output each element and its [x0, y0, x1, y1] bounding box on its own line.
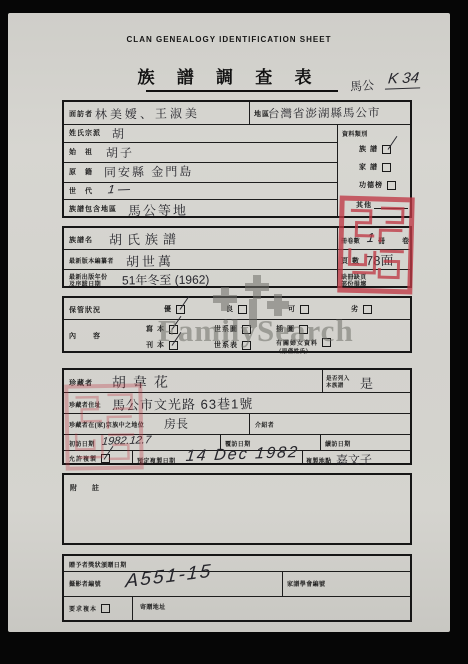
coverage-value: 馬公等地 — [128, 200, 188, 220]
content-option-lineage-chart: 世系圖 — [214, 324, 251, 334]
pages-value: 78面 — [366, 250, 394, 269]
divider — [320, 434, 321, 450]
condition-label: 保管狀況 — [69, 305, 101, 315]
keeper-value: 胡韋花 — [112, 372, 175, 393]
table-keeper: 珍藏者 胡韋花 是否列入 本族譜 是 珍藏者住址 馬公市文光路 63巷1號 珍藏… — [62, 368, 412, 465]
keeper-label: 珍藏者 — [69, 378, 93, 388]
annotation-number: K 34 — [385, 69, 422, 89]
divider — [64, 199, 337, 200]
page-title: 族 譜 調 查 表 — [8, 63, 450, 88]
scanned-form-photo: CLAN GENEALOGY IDENTIFICATION SHEET 族 譜 … — [0, 0, 468, 664]
generations-value: 1 — — [107, 182, 131, 197]
category-title: 資料類別 — [342, 129, 368, 138]
content-option-women-data: 有關婦女資料 — [276, 338, 331, 347]
table-notes: 附 註 — [62, 473, 412, 545]
damage-label-line2: 部份損壞 — [341, 279, 367, 288]
checkbox — [322, 338, 331, 347]
divider — [322, 370, 323, 392]
award-date-label: 贈予者獎狀頒贈日期 — [69, 560, 127, 569]
society-number-label: 家譜學會編號 — [287, 579, 325, 588]
option-label: 家 譜 — [359, 162, 378, 172]
introducer-label: 介紹者 — [255, 420, 274, 429]
content-label: 內 容 — [69, 331, 105, 341]
content-option-illustrations: 插 圖 — [276, 324, 308, 334]
origin-label: 原 籍 — [69, 167, 93, 177]
title-underline — [146, 90, 338, 92]
surname-value: 胡 — [112, 125, 124, 142]
copy-place-label: 複製地點 — [306, 456, 332, 465]
area-value: 台灣省澎湖縣馬公市 — [268, 104, 381, 121]
copy-place-value: 嘉文子 — [336, 451, 372, 468]
mailing-address-label: 寄贈地址 — [140, 602, 166, 611]
english-title: CLAN GENEALOGY IDENTIFICATION SHEET — [8, 35, 450, 44]
checkbox — [363, 305, 372, 314]
other-underline — [374, 208, 408, 209]
form-page: CLAN GENEALOGY IDENTIFICATION SHEET 族 譜 … — [8, 13, 450, 632]
compiler-label: 最新版本編纂者 — [69, 256, 114, 265]
divider — [337, 228, 338, 286]
divider — [64, 596, 410, 597]
option-label: 世系表 — [214, 340, 238, 350]
pages-label: 頁 數 — [341, 256, 360, 266]
annotation-place: 馬公 — [349, 76, 374, 95]
compiler-value: 胡世萬 — [126, 251, 174, 271]
genealogy-name-label: 族譜名 — [69, 235, 93, 245]
checkbox — [101, 604, 110, 613]
listed-value: 是 — [360, 373, 373, 392]
divider — [64, 182, 337, 183]
checkbox — [387, 181, 396, 190]
divider — [64, 319, 410, 320]
first-ancestor-label: 始 祖 — [69, 147, 93, 157]
option-label: 有關婦女資料 — [276, 338, 318, 347]
coverage-label: 族譜包含地區 — [69, 204, 117, 214]
divider — [64, 269, 410, 270]
condition-option-good: 良 — [226, 304, 247, 314]
option-label: 寫 本 — [146, 324, 165, 334]
photographer-number-value: A551-15 — [125, 561, 213, 593]
checkbox — [242, 325, 251, 334]
volumes-unit-juan: 卷 — [402, 236, 410, 246]
option-label: 優 — [164, 304, 172, 314]
divider — [337, 124, 338, 216]
table-donation: 贈予者獎狀頒贈日期 攝影者編號 A551-15 家譜學會編號 要求複本 寄贈地址 — [62, 554, 412, 622]
condition-option-poor: 劣 — [351, 304, 372, 314]
checkbox — [238, 305, 247, 314]
listed-label-line2: 本族譜 — [326, 381, 344, 389]
surname-label: 姓氏宗派 — [69, 128, 101, 138]
divider — [132, 596, 133, 620]
address-value: 馬公市文光路 63巷1號 — [112, 393, 254, 413]
divider — [64, 249, 410, 250]
option-label: 可 — [288, 304, 296, 314]
copy-request-option: 要求複本 — [69, 604, 110, 613]
table-basic-info: 面訪者 林美嬡、王淑美 地區 台灣省澎湖縣馬公市 姓氏宗派 胡 始 祖 胡子 原… — [62, 100, 412, 218]
photographer-number-label: 攝影者編號 — [69, 579, 101, 588]
divider — [64, 142, 337, 143]
divider — [282, 571, 283, 596]
checkbox — [300, 305, 309, 314]
origin-value: 同安縣 金門島 — [104, 163, 194, 181]
category-option-merit-board: 功德榜 — [359, 180, 396, 190]
publish-date-value: 51年冬至 (1962) — [122, 271, 210, 289]
genealogy-name-value: 胡氏族譜 — [109, 229, 181, 249]
copy-date-label: 預定複製日期 — [137, 456, 175, 465]
option-label: 良 — [226, 304, 234, 314]
option-label: 要求複本 — [69, 604, 97, 613]
interviewer-label: 面訪者 — [69, 109, 93, 119]
divider — [302, 450, 303, 463]
option-label: 刊 本 — [146, 340, 165, 350]
category-option-clan-genealogy: 族 譜 — [359, 144, 391, 154]
first-visit-label: 初訪日期 — [69, 439, 95, 448]
option-label: 允許複製 — [69, 454, 97, 463]
table-book-info: 族譜名 胡氏族譜 冊卷數 1 冊 卷 最新版本編纂者 胡世萬 頁 數 78面 最… — [62, 226, 412, 288]
volumes-label: 冊卷數 — [341, 236, 360, 245]
divider — [249, 413, 250, 434]
publish-date-label-line2: 及序跋日期 — [69, 279, 101, 288]
table-condition: 保管狀況 優 良 可 劣 內 容 寫 本 世系圖 插 圖 — [62, 296, 412, 353]
option-label: 插 圖 — [276, 324, 295, 334]
position-value: 房長 — [164, 415, 188, 432]
copy-date-value: 14 Dec 1982 — [185, 444, 300, 466]
option-label: 世系圖 — [214, 324, 238, 334]
category-other-label: 其他 — [356, 200, 372, 210]
content-option-lineage-table: 世系表 — [214, 340, 251, 350]
checkbox — [242, 341, 251, 350]
condition-option-fair: 可 — [288, 304, 309, 314]
interviewer-value: 林美嬡、王淑美 — [95, 104, 200, 122]
checkbox — [382, 163, 391, 172]
volumes-value: 1 — [366, 230, 375, 245]
first-ancestor-value: 胡子 — [106, 144, 134, 161]
first-visit-value: 1982.12.7 — [101, 434, 151, 448]
option-label: 族 譜 — [359, 144, 378, 154]
position-label: 珍藏者在(家)宗族中之地位 — [69, 420, 144, 429]
divider — [249, 102, 250, 124]
option-label: 功德榜 — [359, 180, 383, 190]
category-option-family-genealogy: 家 譜 — [359, 162, 391, 172]
followup-label: 續訪日期 — [325, 439, 351, 448]
checkmark-icon — [388, 136, 398, 150]
content-note: （原僅姓氏） — [276, 347, 311, 355]
address-label: 珍藏者住址 — [69, 400, 101, 409]
checkbox — [299, 325, 308, 334]
divider — [64, 571, 410, 572]
option-label: 劣 — [351, 304, 359, 314]
notes-label: 附 註 — [70, 483, 103, 493]
volumes-unit-ce: 冊 — [378, 236, 386, 246]
generations-label: 世 代 — [69, 186, 93, 196]
divider — [132, 450, 133, 463]
